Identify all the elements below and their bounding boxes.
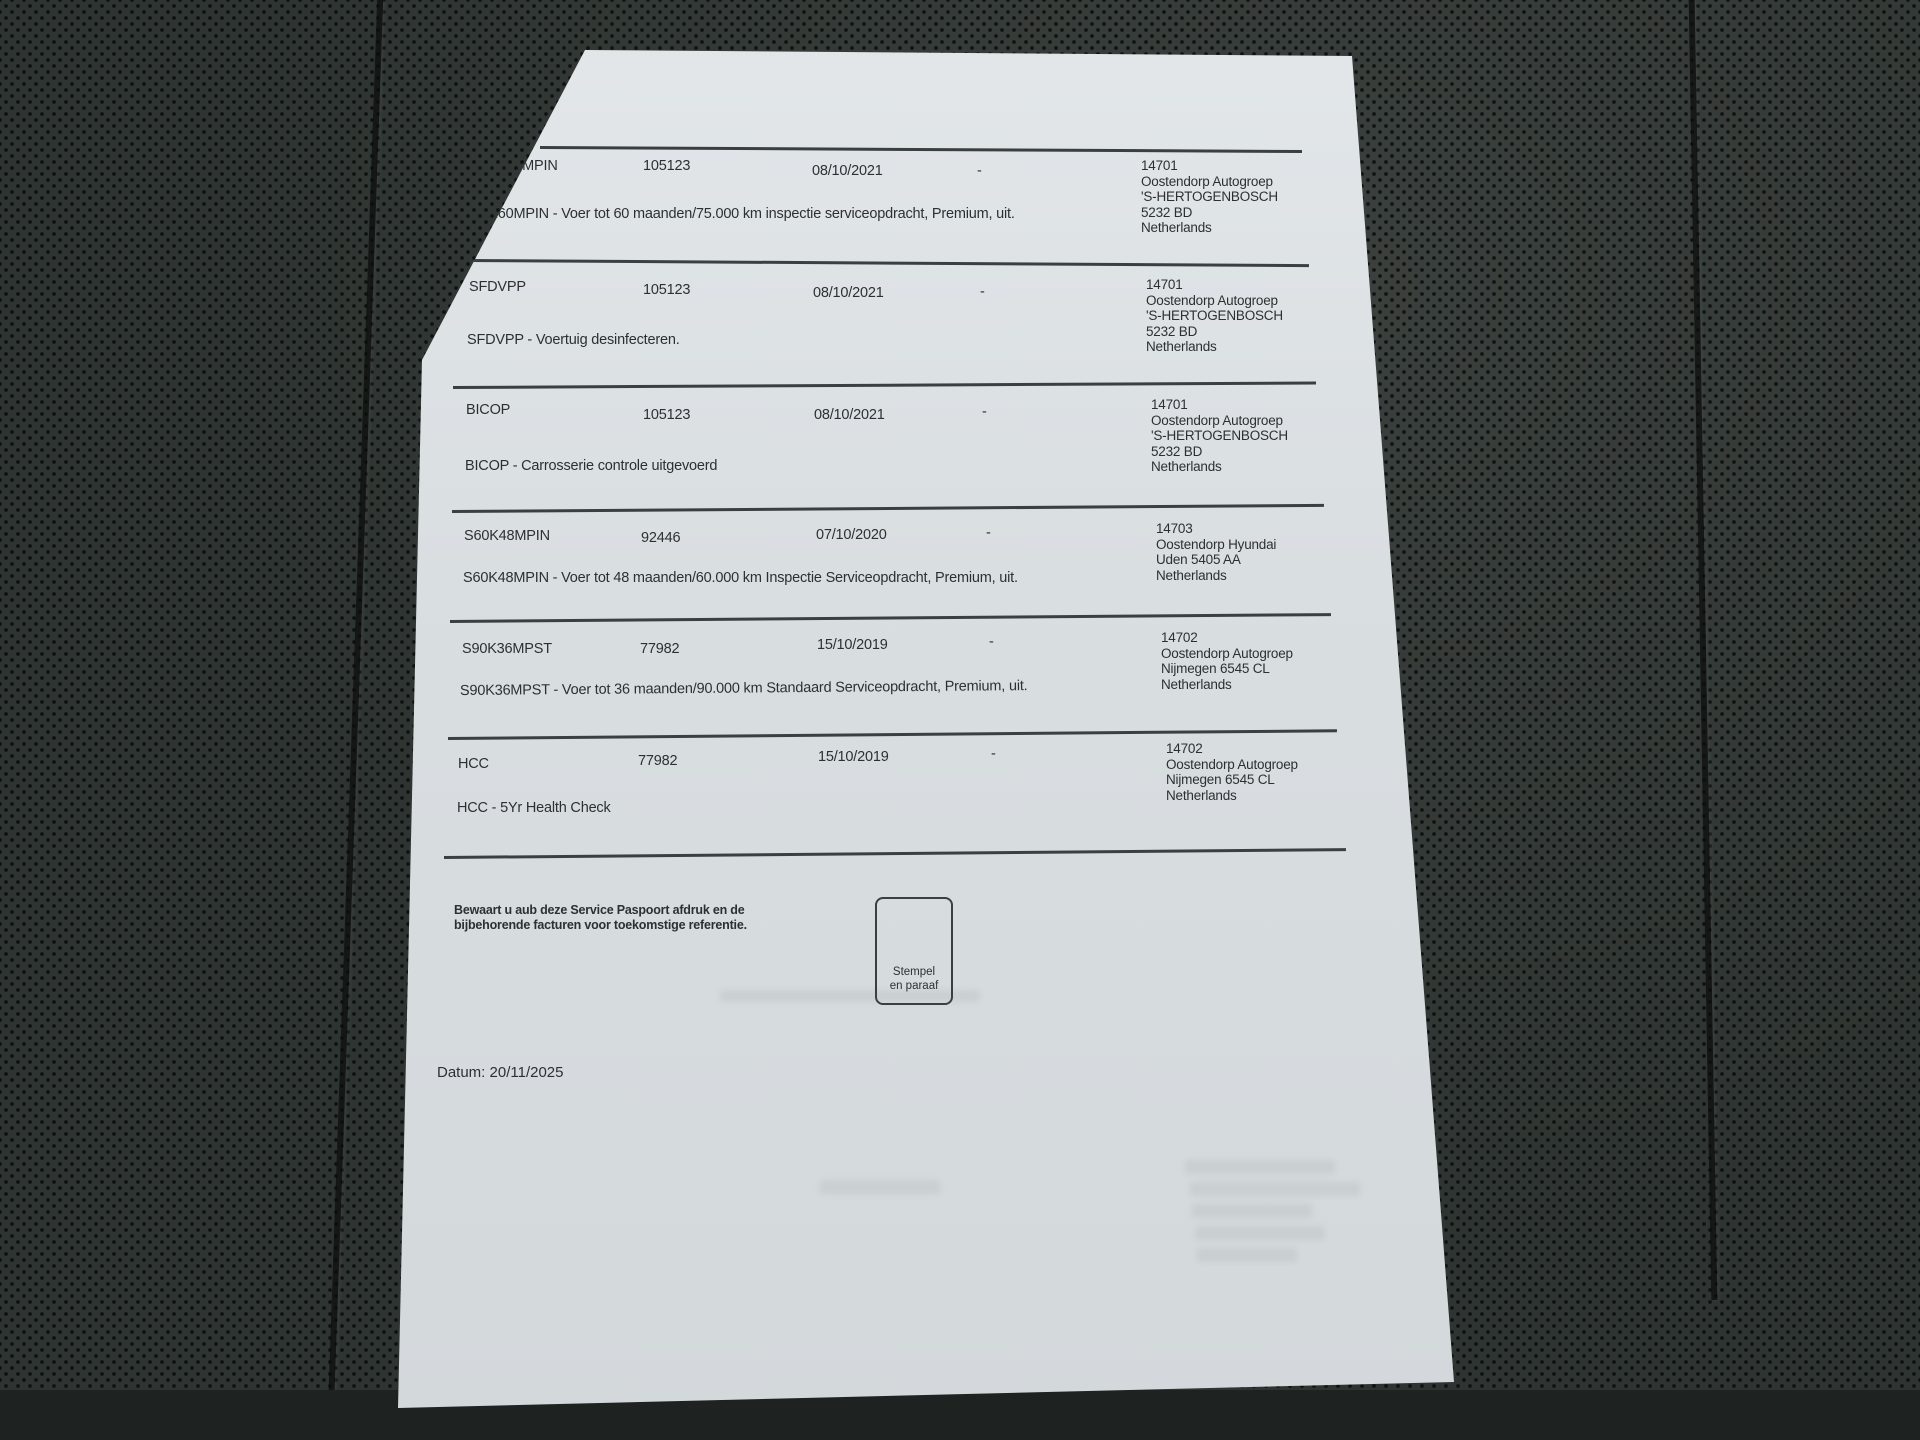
service-code: SFDVPP — [469, 279, 526, 295]
bleed-through-text — [1195, 1226, 1325, 1240]
retention-note-line: Bewaart u aub deze Service Paspoort afdr… — [454, 903, 747, 918]
mileage-dash: - — [980, 284, 985, 300]
stamp-label: en paraaf — [890, 979, 939, 993]
row-divider — [466, 259, 1309, 267]
dealer-address: 14703 Oostendorp Hyundai Uden 5405 AA Ne… — [1156, 521, 1276, 583]
service-date: 08/10/2021 — [812, 163, 883, 179]
service-date: 15/10/2019 — [818, 749, 889, 765]
print-date: Datum: 20/11/2025 — [437, 1064, 563, 1081]
order-number: 105123 — [643, 282, 690, 298]
bleed-through-text — [1190, 1182, 1360, 1196]
row-divider — [444, 848, 1346, 858]
bleed-through-text — [1197, 1248, 1297, 1262]
bleed-through-text — [1192, 1204, 1312, 1218]
service-description: SFDVPP - Voertuig desinfecteren. — [467, 332, 680, 348]
mileage-dash: - — [991, 746, 996, 762]
dealer-address: 14701 Oostendorp Autogroep 'S-HERTOGENBO… — [1141, 158, 1278, 236]
service-code: S60K48MPIN — [464, 528, 550, 544]
bleed-through-text — [820, 1180, 940, 1194]
order-number: 105123 — [643, 407, 690, 423]
service-date: 15/10/2019 — [817, 637, 888, 653]
service-date: 07/10/2020 — [816, 527, 887, 543]
order-number: 105123 — [643, 158, 690, 174]
dealer-address: 14702 Oostendorp Autogroep Nijmegen 6545… — [1161, 630, 1293, 692]
service-description: BICOP - Carrosserie controle uitgevoerd — [465, 458, 717, 474]
dealer-address: 14701 Oostendorp Autogroep 'S-HERTOGENBO… — [1146, 277, 1283, 355]
service-description: …X60MPIN - Voer tot 60 maanden/75.000 km… — [474, 206, 1015, 222]
stamp-label: Stempel — [893, 965, 935, 979]
service-description: S60K48MPIN - Voer tot 48 maanden/60.000 … — [463, 570, 1018, 586]
mileage-dash: - — [989, 634, 994, 650]
row-divider — [453, 381, 1316, 388]
service-date: 08/10/2021 — [814, 407, 885, 423]
stamp-box: Stempel en paraaf — [875, 897, 953, 1005]
dealer-address: 14701 Oostendorp Autogroep 'S-HERTOGENBO… — [1151, 397, 1288, 475]
bleed-through-text — [1185, 1160, 1335, 1174]
service-code: HCC — [458, 756, 489, 772]
mileage-dash: - — [986, 525, 991, 541]
dealer-address: 14702 Oostendorp Autogroep Nijmegen 6545… — [1166, 741, 1298, 803]
retention-note-line: bijbehorende facturen voor toekomstige r… — [454, 918, 747, 933]
retention-note: Bewaart u aub deze Service Paspoort afdr… — [454, 903, 747, 933]
mileage-dash: - — [982, 404, 987, 420]
row-divider — [540, 146, 1302, 152]
service-date: 08/10/2021 — [813, 285, 884, 301]
seat-edge-shadow — [0, 1390, 1920, 1440]
service-code: BICOP — [466, 402, 510, 418]
service-description: S90K36MPST - Voer tot 36 maanden/90.000 … — [460, 678, 1028, 699]
order-number: 77982 — [638, 753, 677, 769]
service-code: S90K36MPST — [462, 641, 552, 657]
order-number: 77982 — [640, 641, 679, 657]
mileage-dash: - — [977, 163, 982, 179]
service-description: HCC - 5Yr Health Check — [457, 800, 611, 816]
row-divider — [450, 613, 1331, 622]
row-divider — [452, 504, 1324, 513]
row-divider — [448, 729, 1337, 739]
order-number: 92446 — [641, 530, 680, 546]
